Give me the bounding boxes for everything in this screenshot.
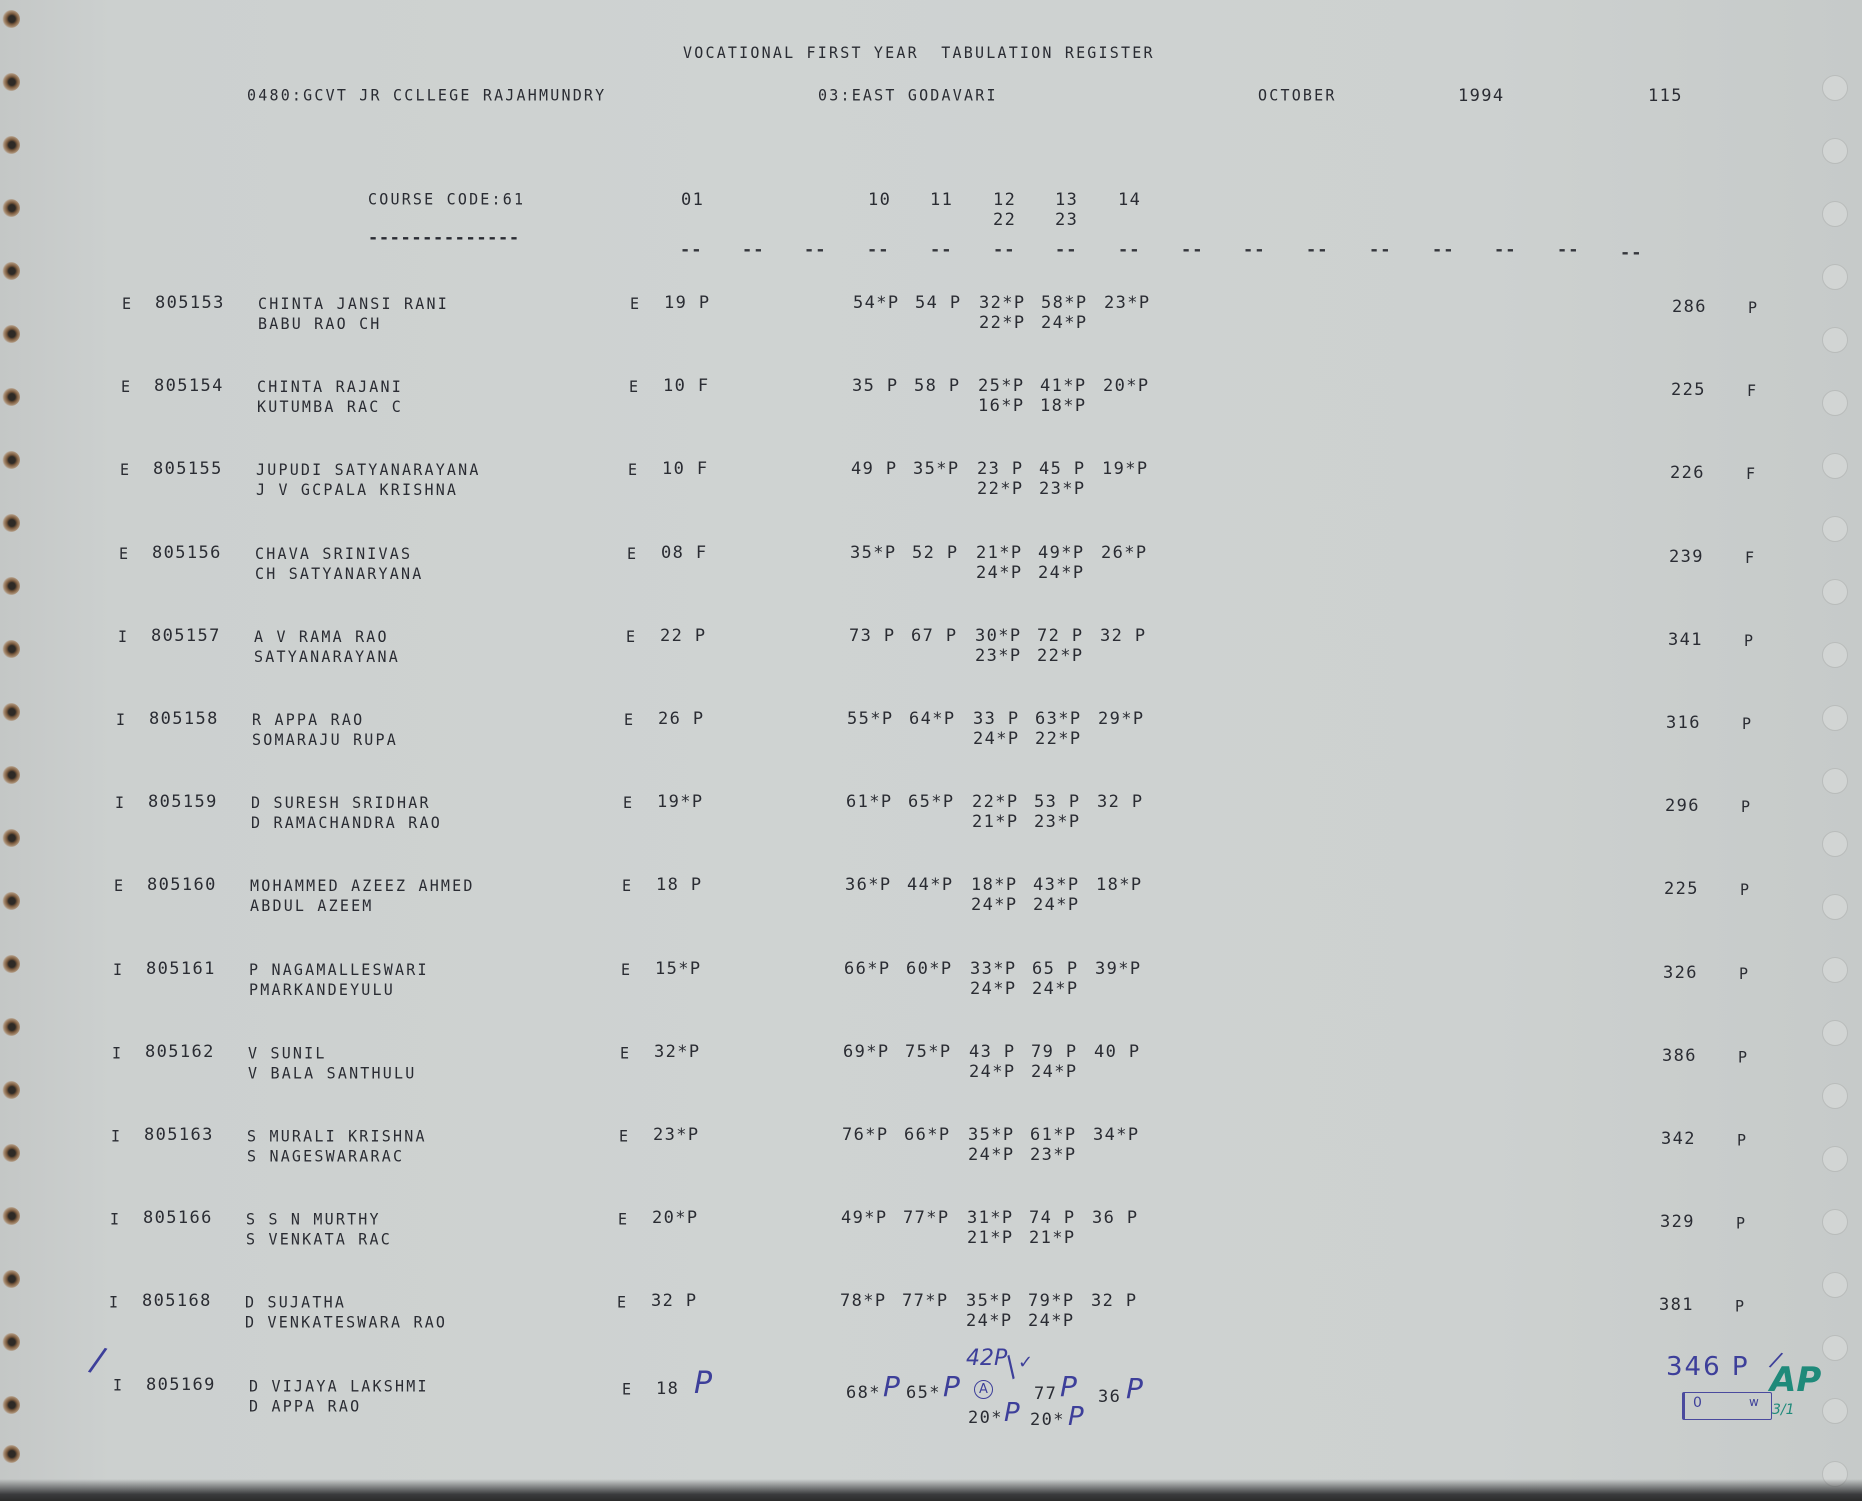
student-name: JUPUDI SATYANARAYANA xyxy=(256,461,481,480)
total-marks: 342 xyxy=(1661,1129,1696,1149)
feed-hole xyxy=(1822,705,1848,731)
mark-11: 44*P xyxy=(907,875,954,895)
course-code-underline: -------------- xyxy=(368,228,520,248)
roll-number: 805162 xyxy=(145,1042,215,1062)
roll-number: 805153 xyxy=(155,293,225,313)
mark-14: 39*P xyxy=(1095,959,1142,979)
mark-14: 18*P xyxy=(1096,875,1143,895)
mark-23: 24*P xyxy=(1028,1311,1075,1331)
roll-number: 805159 xyxy=(148,792,218,812)
father-name: J V GCPALA KRISHNA xyxy=(256,481,458,500)
language-medium: E xyxy=(621,961,632,980)
mark-13: 63*P xyxy=(1035,709,1082,729)
page-bottom-edge xyxy=(0,1479,1862,1501)
student-name: A V RAMA RAO xyxy=(254,628,389,647)
student-name: CHAVA SRINIVAS xyxy=(255,545,412,564)
binder-hole xyxy=(2,10,20,28)
student-type: I xyxy=(111,1127,122,1146)
mark-11: 58 P xyxy=(914,376,961,396)
mark-12: 25*P xyxy=(978,376,1025,396)
father-name: S NAGESWARARAC xyxy=(247,1147,404,1166)
mark-11: 77*P xyxy=(903,1208,950,1228)
total-marks: 381 xyxy=(1659,1295,1694,1315)
mark-11: 77*P xyxy=(902,1291,949,1311)
mark-12: 30*P xyxy=(975,626,1022,646)
hand-box-left: 0 xyxy=(1693,1395,1702,1411)
feed-hole xyxy=(1822,642,1848,668)
mark-14: 34*P xyxy=(1093,1125,1140,1145)
binder-hole xyxy=(2,766,20,784)
subject-subcode-23: 23 xyxy=(1055,210,1078,230)
mark-14: 32 P xyxy=(1097,792,1144,812)
subject-code-13: 13 xyxy=(1055,190,1078,210)
father-name: D VENKATESWARA RAO xyxy=(245,1313,447,1332)
final-result: P xyxy=(1748,299,1759,318)
binder-hole xyxy=(2,1081,20,1099)
feed-hole xyxy=(1822,264,1848,290)
page-number: 115 xyxy=(1648,86,1683,106)
total-marks: 326 xyxy=(1663,963,1698,983)
student-type: I xyxy=(116,711,127,730)
mark-10: 78*P xyxy=(840,1291,887,1311)
mark-23: 24*P xyxy=(1031,1062,1078,1082)
student-name: P NAGAMALLESWARI xyxy=(249,961,429,980)
pen-slash-mark: / xyxy=(86,1339,109,1381)
mark-14: 40 P xyxy=(1094,1042,1141,1062)
exam-month: OCTOBER xyxy=(1258,86,1337,105)
binder-hole xyxy=(2,262,20,280)
binder-hole xyxy=(2,829,20,847)
student-name: CHINTA JANSI RANI xyxy=(258,295,449,314)
roll-number: 805169 xyxy=(146,1375,216,1395)
father-name: D APPA RAO xyxy=(249,1397,361,1416)
hand-result-13: P xyxy=(1060,1370,1077,1403)
mark-11: 67 P xyxy=(911,626,958,646)
mark-01: 26 P xyxy=(658,709,705,729)
roll-number: 805154 xyxy=(154,376,224,396)
mark-13: 58*P xyxy=(1041,293,1088,313)
mark-10: 61*P xyxy=(846,792,893,812)
binder-hole xyxy=(2,1333,20,1351)
mark-01: 32*P xyxy=(654,1042,701,1062)
feed-hole xyxy=(1822,138,1848,164)
student-name: D VIJAYA LAKSHMI xyxy=(249,1377,429,1396)
course-code: COURSE CODE:61 xyxy=(368,190,525,209)
mark-13: 41*P xyxy=(1040,376,1087,396)
mark-14: 29*P xyxy=(1098,709,1145,729)
mark-10: 73 P xyxy=(849,626,896,646)
mark-10: 35 P xyxy=(852,376,899,396)
mark-23: 23*P xyxy=(1030,1145,1077,1165)
mark-12: 22*P xyxy=(972,792,1019,812)
mark-13: 74 P xyxy=(1029,1208,1076,1228)
feed-hole xyxy=(1822,957,1848,983)
subject-code-10: 10 xyxy=(868,190,891,210)
mark-12: 23 P xyxy=(977,459,1024,479)
hand-total: 346 P xyxy=(1666,1352,1750,1382)
subject-code-11: 11 xyxy=(930,190,953,210)
language-medium: E xyxy=(622,877,633,896)
mark-22: 23*P xyxy=(975,646,1022,666)
final-result: P xyxy=(1738,1048,1749,1067)
final-result: P xyxy=(1742,715,1753,734)
roll-number: 805168 xyxy=(142,1291,212,1311)
language-medium: E xyxy=(626,628,637,647)
mark-22: 24*P xyxy=(976,563,1023,583)
pen-check-mark: ✓ xyxy=(1018,1352,1033,1373)
student-name: R APPA RAO xyxy=(252,711,364,730)
mark-12: 43 P xyxy=(969,1042,1016,1062)
binder-hole xyxy=(2,388,20,406)
hand-result-14: P xyxy=(1126,1372,1143,1405)
column-dash: -- xyxy=(1243,240,1265,260)
feed-hole xyxy=(1822,390,1848,416)
column-dash: -- xyxy=(1494,240,1516,260)
mark-11: 52 P xyxy=(912,543,959,563)
mark-23: 22*P xyxy=(1037,646,1084,666)
feed-hole xyxy=(1822,768,1848,794)
mark-11: 64*P xyxy=(909,709,956,729)
hand-result-11: P xyxy=(943,1370,960,1403)
mark-01: 19*P xyxy=(657,792,704,812)
binder-hole xyxy=(2,199,20,217)
mark-11: 54 P xyxy=(915,293,962,313)
mark-23: 18*P xyxy=(1040,396,1087,416)
language-medium: E xyxy=(624,711,635,730)
binder-hole xyxy=(2,1207,20,1225)
final-result: P xyxy=(1744,632,1755,651)
feed-hole xyxy=(1822,75,1848,101)
final-result: P xyxy=(1736,1214,1747,1233)
father-name: D RAMACHANDRA RAO xyxy=(251,814,442,833)
binder-hole xyxy=(2,1445,20,1463)
binder-hole xyxy=(2,577,20,595)
column-dash: -- xyxy=(742,240,764,260)
language-medium: E xyxy=(618,1210,629,1229)
binder-hole xyxy=(2,703,20,721)
mark-01: 19 P xyxy=(664,293,711,313)
mark-12: 35*P xyxy=(966,1291,1013,1311)
hand-result-10: P xyxy=(883,1370,900,1403)
total-marks: 341 xyxy=(1668,630,1703,650)
binder-hole xyxy=(2,1144,20,1162)
language-medium: E xyxy=(620,1044,631,1063)
language-medium: E xyxy=(629,378,640,397)
language-medium: E xyxy=(630,295,641,314)
mark-10: 66*P xyxy=(844,959,891,979)
roll-number: 805156 xyxy=(152,543,222,563)
hand-box-right: w xyxy=(1749,1395,1759,1409)
total-marks: 329 xyxy=(1660,1212,1695,1232)
mark-14: 26*P xyxy=(1101,543,1148,563)
mark-01: 08 F xyxy=(661,543,708,563)
mark-13: 79 P xyxy=(1031,1042,1078,1062)
language-medium: E xyxy=(627,545,638,564)
mark-13: 65 P xyxy=(1032,959,1079,979)
total-marks: 316 xyxy=(1666,713,1701,733)
mark-14: 36 xyxy=(1098,1387,1121,1407)
column-dash: -- xyxy=(1369,240,1391,260)
mark-22: 20* xyxy=(968,1408,1003,1428)
total-marks: 225 xyxy=(1664,879,1699,899)
total-marks: 226 xyxy=(1670,463,1705,483)
mark-14: 32 P xyxy=(1091,1291,1138,1311)
feed-hole xyxy=(1822,1083,1848,1109)
language-medium: E xyxy=(617,1293,628,1312)
mark-22: 22*P xyxy=(977,479,1024,499)
mark-11: 75*P xyxy=(905,1042,952,1062)
student-type: E xyxy=(120,461,131,480)
subject-code-01: 01 xyxy=(681,190,704,210)
binder-hole xyxy=(2,73,20,91)
binder-hole xyxy=(2,1270,20,1288)
mark-10: 76*P xyxy=(842,1125,889,1145)
feed-hole xyxy=(1822,831,1848,857)
circled-absent-mark: A xyxy=(974,1380,993,1399)
mark-11: 35*P xyxy=(913,459,960,479)
binder-hole xyxy=(2,136,20,154)
feed-hole xyxy=(1822,1209,1848,1235)
mark-23: 24*P xyxy=(1041,313,1088,333)
mark-22: 24*P xyxy=(969,1062,1016,1082)
father-name: SOMARAJU RUPA xyxy=(252,731,398,750)
column-dash: -- xyxy=(1118,240,1140,260)
final-result: F xyxy=(1746,465,1757,484)
mark-14: 23*P xyxy=(1104,293,1151,313)
roll-number: 805158 xyxy=(149,709,219,729)
mark-23: 24*P xyxy=(1033,895,1080,915)
total-marks: 239 xyxy=(1669,547,1704,567)
total-marks: 286 xyxy=(1672,297,1707,317)
district-name: 03:EAST GODAVARI xyxy=(818,86,998,105)
mark-12: 32*P xyxy=(979,293,1026,313)
mark-22: 24*P xyxy=(971,895,1018,915)
mark-12: 21*P xyxy=(976,543,1023,563)
column-dash: -- xyxy=(930,240,952,260)
father-name: SATYANARAYANA xyxy=(254,648,400,667)
roll-number: 805163 xyxy=(144,1125,214,1145)
student-name: CHINTA RAJANI xyxy=(257,378,403,397)
student-type: E xyxy=(122,295,133,314)
mark-22: 24*P xyxy=(973,729,1020,749)
mark-23: 22*P xyxy=(1035,729,1082,749)
mark-23: 20* xyxy=(1030,1410,1065,1430)
roll-number: 805160 xyxy=(147,875,217,895)
student-name: MOHAMMED AZEEZ AHMED xyxy=(250,877,475,896)
student-type: I xyxy=(113,1376,124,1395)
subject-code-12: 12 xyxy=(993,190,1016,210)
final-result: P xyxy=(1735,1297,1746,1316)
mark-01: 32 P xyxy=(651,1291,698,1311)
student-type: I xyxy=(115,794,126,813)
feed-hole xyxy=(1822,1335,1848,1361)
mark-23: 23*P xyxy=(1034,812,1081,832)
student-type: I xyxy=(118,628,129,647)
student-type: I xyxy=(109,1293,120,1312)
student-type: I xyxy=(110,1210,121,1229)
mark-12: 18*P xyxy=(971,875,1018,895)
roll-number: 805161 xyxy=(146,959,216,979)
final-result: P xyxy=(1737,1131,1748,1150)
mark-11: 60*P xyxy=(906,959,953,979)
language-medium: E xyxy=(628,461,639,480)
column-dash: -- xyxy=(867,240,889,260)
mark-12: 33*P xyxy=(970,959,1017,979)
mark-01: 18 xyxy=(656,1379,679,1399)
feed-hole xyxy=(1822,1020,1848,1046)
student-type: I xyxy=(112,1044,123,1063)
page-title: VOCATIONAL FIRST YEAR TABULATION REGISTE… xyxy=(683,44,1155,63)
column-dash: -- xyxy=(993,240,1015,260)
binder-hole xyxy=(2,640,20,658)
hand-result-22: P xyxy=(1004,1398,1020,1428)
mark-10: 54*P xyxy=(853,293,900,313)
mark-01: 20*P xyxy=(652,1208,699,1228)
mark-01: 18 P xyxy=(656,875,703,895)
mark-10: 69*P xyxy=(843,1042,890,1062)
hand-box: 0 w xyxy=(1682,1392,1772,1420)
mark-10: 55*P xyxy=(847,709,894,729)
feed-hole xyxy=(1822,1398,1848,1424)
mark-14: 36 P xyxy=(1092,1208,1139,1228)
mark-22: 21*P xyxy=(972,812,1019,832)
roll-number: 805157 xyxy=(151,626,221,646)
mark-23: 24*P xyxy=(1038,563,1085,583)
mark-12: 31*P xyxy=(967,1208,1014,1228)
father-name: BABU RAO CH xyxy=(258,315,382,334)
student-type: E xyxy=(119,545,130,564)
final-result: F xyxy=(1745,549,1756,568)
subject-subcode-22: 22 xyxy=(993,210,1016,230)
column-dash: -- xyxy=(1181,240,1203,260)
feed-hole xyxy=(1822,1272,1848,1298)
mark-12: 35*P xyxy=(968,1125,1015,1145)
total-marks: 296 xyxy=(1665,796,1700,816)
mark-01: 10 F xyxy=(662,459,709,479)
roll-number: 805166 xyxy=(143,1208,213,1228)
father-name: ABDUL AZEEM xyxy=(250,897,374,916)
mark-23: 21*P xyxy=(1029,1228,1076,1248)
mark-13: 49*P xyxy=(1038,543,1085,563)
father-name: S VENKATA RAC xyxy=(246,1230,392,1249)
feed-hole xyxy=(1822,579,1848,605)
mark-22: 22*P xyxy=(979,313,1026,333)
mark-01: 15*P xyxy=(655,959,702,979)
mark-01: 23*P xyxy=(653,1125,700,1145)
column-dash: -- xyxy=(680,240,702,260)
mark-10: 68* xyxy=(846,1383,881,1403)
mark-14: 32 P xyxy=(1100,626,1147,646)
student-name: V SUNIL xyxy=(248,1044,327,1063)
mark-01: 10 F xyxy=(663,376,710,396)
student-type: I xyxy=(113,961,124,980)
column-dash: -- xyxy=(1432,240,1454,260)
subject-code-14: 14 xyxy=(1118,190,1141,210)
column-dash: -- xyxy=(1620,243,1642,263)
language-medium: E xyxy=(622,1380,633,1399)
mark-13: 79*P xyxy=(1028,1291,1075,1311)
binder-hole xyxy=(2,514,20,532)
binder-hole xyxy=(2,1396,20,1414)
student-type: E xyxy=(114,877,125,896)
mark-11: 65* xyxy=(906,1383,941,1403)
feed-hole xyxy=(1822,327,1848,353)
mark-22: 24*P xyxy=(970,979,1017,999)
mark-22: 21*P xyxy=(967,1228,1014,1248)
column-dash: -- xyxy=(1055,240,1077,260)
mark-23: 24*P xyxy=(1032,979,1079,999)
mark-14: 19*P xyxy=(1102,459,1149,479)
student-name: S S N MURTHY xyxy=(246,1210,381,1229)
mark-12: 33 P xyxy=(973,709,1020,729)
mark-13: 77 xyxy=(1034,1384,1057,1404)
final-result: F xyxy=(1747,382,1758,401)
mark-22: 16*P xyxy=(978,396,1025,416)
examiner-initials: AP xyxy=(1770,1360,1821,1400)
student-name: D SUJATHA xyxy=(245,1293,346,1312)
column-dash: -- xyxy=(1306,240,1328,260)
feed-hole xyxy=(1822,453,1848,479)
mark-13: 72 P xyxy=(1037,626,1084,646)
language-medium: E xyxy=(619,1127,630,1146)
mark-22: 24*P xyxy=(968,1145,1015,1165)
mark-13: 53 P xyxy=(1034,792,1081,812)
binder-hole xyxy=(2,955,20,973)
binder-hole xyxy=(2,892,20,910)
mark-01: 22 P xyxy=(660,626,707,646)
college-name: 0480:GCVT JR CCLLEGE RAJAHMUNDRY xyxy=(247,86,606,105)
mark-10: 49*P xyxy=(841,1208,888,1228)
feed-hole xyxy=(1822,1146,1848,1172)
mark-10: 35*P xyxy=(850,543,897,563)
feed-hole xyxy=(1822,894,1848,920)
binder-hole xyxy=(2,325,20,343)
binder-hole xyxy=(2,451,20,469)
final-result: P xyxy=(1740,881,1751,900)
column-dash: -- xyxy=(1557,240,1579,260)
student-name: S MURALI KRISHNA xyxy=(247,1127,427,1146)
exam-year: 1994 xyxy=(1458,86,1505,106)
feed-hole xyxy=(1822,201,1848,227)
roll-number: 805155 xyxy=(153,459,223,479)
feed-hole xyxy=(1822,516,1848,542)
initials-date: 3/1 xyxy=(1772,1402,1795,1418)
mark-22: 24*P xyxy=(966,1311,1013,1331)
final-result: P xyxy=(1741,798,1752,817)
father-name: CH SATYANARYANA xyxy=(255,565,423,584)
final-result: P xyxy=(1739,965,1750,984)
mark-13: 45 P xyxy=(1039,459,1086,479)
total-marks: 225 xyxy=(1671,380,1706,400)
father-name: V BALA SANTHULU xyxy=(248,1064,416,1083)
student-name: D SURESH SRIDHAR xyxy=(251,794,431,813)
language-medium: E xyxy=(623,794,634,813)
mark-10: 36*P xyxy=(845,875,892,895)
binder-hole xyxy=(2,1018,20,1036)
column-dash: -- xyxy=(804,240,826,260)
hand-result-01: P xyxy=(694,1366,712,1401)
mark-10: 49 P xyxy=(851,459,898,479)
total-marks: 386 xyxy=(1662,1046,1697,1066)
hand-result-23: P xyxy=(1068,1402,1084,1432)
mark-14: 20*P xyxy=(1103,376,1150,396)
father-name: PMARKANDEYULU xyxy=(249,981,395,1000)
father-name: KUTUMBA RAC C xyxy=(257,398,403,417)
mark-11: 65*P xyxy=(908,792,955,812)
mark-23: 23*P xyxy=(1039,479,1086,499)
mark-13: 43*P xyxy=(1033,875,1080,895)
student-type: E xyxy=(121,378,132,397)
